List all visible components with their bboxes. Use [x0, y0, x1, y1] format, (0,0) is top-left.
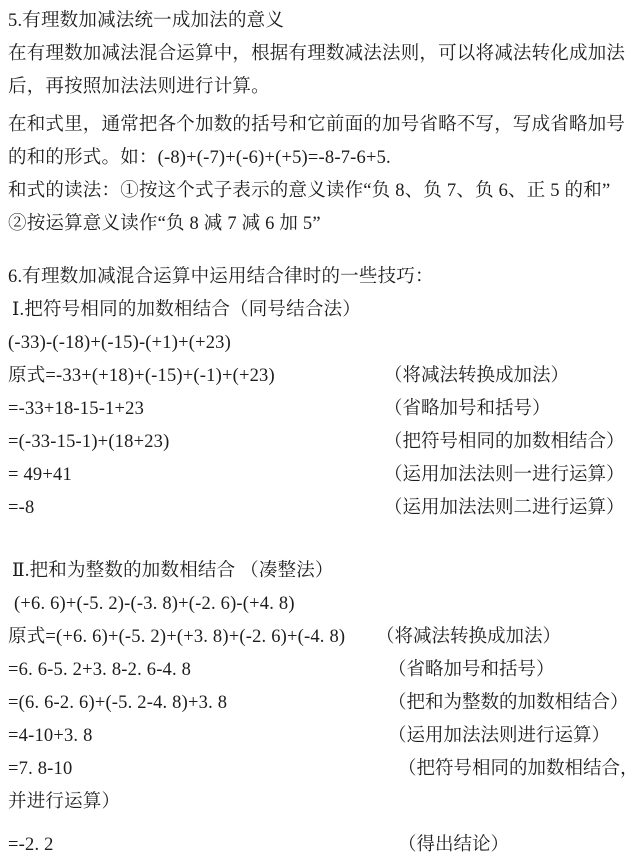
line-text: (+6. 6)+(-5. 2)-(-3. 8)+(-2. 6)-(+4. 8) — [14, 592, 295, 616]
step-annotation: （运用加法法则进行运算） — [388, 724, 610, 748]
line-text: 和式的读法：①按这个式子表示的意义读作“负 8、负 7、负 6、正 5 的和” — [8, 179, 610, 203]
line-text: (-33)-(-18)+(-15)-(+1)+(+23) — [8, 331, 231, 355]
step-expression: =-33+18-15-1+23 — [8, 397, 144, 421]
line-text: 6.有理数加减混合运算中运用结合律时的一些技巧： — [8, 265, 434, 289]
text-line: ②按运算意义读作“负 8 减 7 减 6 加 5” — [0, 212, 640, 236]
step-line: =4-10+3. 8（运用加法法则进行运算） — [0, 724, 640, 748]
line-text: 在和式里，通常把各个加数的括号和它前面的加号省略不写，写成省略加号 — [8, 113, 625, 137]
line-text: 5.有理数加减法统一成加法的意义 — [8, 9, 284, 33]
formula-line: (+6. 6)+(-5. 2)-(-3. 8)+(-2. 6)-(+4. 8) — [0, 592, 640, 616]
step-annotation: （把符号相同的加数相结合） — [384, 430, 625, 454]
step-line: 原式=(+6. 6)+(-5. 2)+(+3. 8)+(-2. 6)+(-4. … — [0, 625, 640, 649]
line-text: 在有理数加减法混合运算中，根据有理数减法法则，可以将减法转化成加法 — [8, 42, 625, 66]
step-expression: = 49+41 — [8, 463, 72, 487]
step-expression: =4-10+3. 8 — [8, 724, 93, 748]
step-expression: =(6. 6-2. 6)+(-5. 2-4. 8)+3. 8 — [8, 691, 227, 715]
step-line: =-2. 2（得出结论） — [0, 833, 640, 857]
text-line: 并进行运算） — [0, 790, 640, 814]
text-line: 和式的读法：①按这个式子表示的意义读作“负 8、负 7、负 6、正 5 的和” — [0, 179, 640, 203]
text-line: 后，再按照加法法则进行计算。 — [0, 75, 640, 99]
step-expression: =7. 8-10 — [8, 757, 72, 781]
step-line: =7. 8-10（把符号相同的加数相结合， — [0, 757, 640, 781]
section-heading: 5.有理数加减法统一成加法的意义 — [0, 9, 640, 33]
step-annotation: （将减法转换成加法） — [384, 364, 569, 388]
step-line: 原式=-33+(+18)+(-15)+(-1)+(+23)（将减法转换成加法） — [0, 364, 640, 388]
text-line: 在有理数加减法混合运算中，根据有理数减法法则，可以将减法转化成加法 — [0, 42, 640, 66]
sub-heading: Ⅱ.把和为整数的加数相结合 （凑整法） — [0, 559, 640, 583]
sub-heading: Ⅰ.把符号相同的加数相结合（同号结合法） — [0, 298, 640, 322]
step-annotation: （把和为整数的加数相结合） — [388, 691, 629, 715]
step-expression: =-2. 2 — [8, 833, 54, 857]
line-text: 后，再按照加法法则进行计算。 — [8, 75, 270, 99]
document-page: 5.有理数加减法统一成加法的意义在有理数加减法混合运算中，根据有理数减法法则，可… — [0, 0, 640, 866]
step-annotation: （省略加号和括号） — [384, 397, 551, 421]
step-line: =6. 6-5. 2+3. 8-2. 6-4. 8（省略加号和括号） — [0, 658, 640, 682]
step-line: =-8（运用加法法则二进行运算） — [0, 496, 640, 520]
line-text: 并进行运算） — [8, 790, 120, 814]
step-annotation: （将减法转换成加法） — [376, 625, 561, 649]
step-expression: =6. 6-5. 2+3. 8-2. 6-4. 8 — [8, 658, 191, 682]
step-line: =(6. 6-2. 6)+(-5. 2-4. 8)+3. 8（把和为整数的加数相… — [0, 691, 640, 715]
text-line: 在和式里，通常把各个加数的括号和它前面的加号省略不写，写成省略加号 — [0, 113, 640, 137]
step-line: =-33+18-15-1+23（省略加号和括号） — [0, 397, 640, 421]
line-text: Ⅱ.把和为整数的加数相结合 （凑整法） — [12, 559, 334, 583]
step-expression: =(-33-15-1)+(18+23) — [8, 430, 169, 454]
section-heading: 6.有理数加减混合运算中运用结合律时的一些技巧： — [0, 265, 640, 289]
step-expression: =-8 — [8, 496, 34, 520]
step-expression: 原式=(+6. 6)+(-5. 2)+(+3. 8)+(-2. 6)+(-4. … — [8, 625, 345, 649]
step-annotation: （把符号相同的加数相结合， — [398, 757, 639, 781]
step-line: =(-33-15-1)+(18+23)（把符号相同的加数相结合） — [0, 430, 640, 454]
formula-line: (-33)-(-18)+(-15)-(+1)+(+23) — [0, 331, 640, 355]
text-line: 的和的形式。如：(-8)+(-7)+(-6)+(+5)=-8-7-6+5. — [0, 146, 640, 170]
step-annotation: （运用加法法则一进行运算） — [384, 463, 625, 487]
line-text: 的和的形式。如：(-8)+(-7)+(-6)+(+5)=-8-7-6+5. — [8, 146, 391, 170]
step-annotation: （得出结论） — [398, 833, 509, 857]
line-text: Ⅰ.把符号相同的加数相结合（同号结合法） — [12, 298, 361, 322]
line-text: ②按运算意义读作“负 8 减 7 减 6 加 5” — [8, 212, 321, 236]
step-annotation: （省略加号和括号） — [388, 658, 555, 682]
step-line: = 49+41（运用加法法则一进行运算） — [0, 463, 640, 487]
step-annotation: （运用加法法则二进行运算） — [384, 496, 625, 520]
step-expression: 原式=-33+(+18)+(-15)+(-1)+(+23) — [8, 364, 275, 388]
